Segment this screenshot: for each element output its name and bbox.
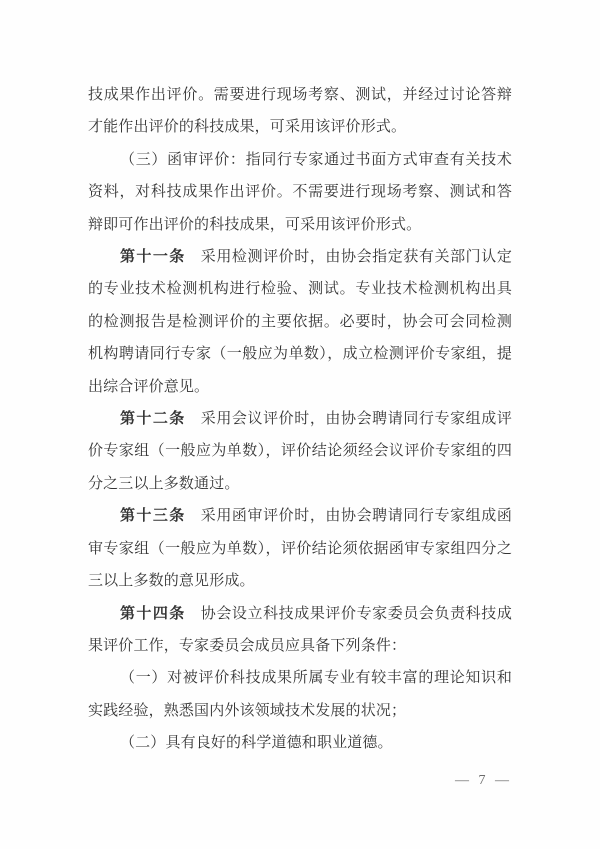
paragraph-article-11: 第十一条采用检测评价时，由协会指定获有关部门认定的专业技术检测机构进行检验、测试… (88, 241, 512, 403)
paragraph-article-13: 第十三条采用函审评价时，由协会聘请同行专家组成函审专家组（一般应为单数），评价结… (88, 500, 512, 597)
paragraph-text: （二）具有良好的科学道德和职业道德。 (120, 735, 393, 751)
article-14-label: 第十四条 (120, 606, 186, 622)
paragraph-item-2: （二）具有良好的科学道德和职业道德。 (88, 727, 512, 759)
paragraph-article-12: 第十二条采用会议评价时，由协会聘请同行专家组成评价专家组（一般应为单数），评价结… (88, 403, 512, 500)
paragraph-text: 采用检测评价时，由协会指定获有关部门认定的专业技术检测机构进行检验、测试。专业技… (88, 249, 512, 395)
paragraph-continuation: 技成果作出评价。需要进行现场考察、测试，并经过讨论答辩才能作出评价的科技成果，可… (88, 79, 512, 144)
page-number: — 7 — (455, 772, 512, 790)
article-11-label: 第十一条 (120, 249, 186, 265)
document-page: 技成果作出评价。需要进行现场考察、测试，并经过讨论答辩才能作出评价的科技成果，可… (0, 0, 600, 849)
article-12-label: 第十二条 (120, 411, 186, 427)
paragraph-article-14: 第十四条协会设立科技成果评价专家委员会负责科技成果评价工作，专家委员会成员应具备… (88, 598, 512, 663)
document-body: 技成果作出评价。需要进行现场考察、测试，并经过讨论答辩才能作出评价的科技成果，可… (88, 79, 512, 760)
paragraph-text: （三）函审评价：指同行专家通过书面方式审查有关技术资料，对科技成果作出评价。不需… (88, 152, 512, 233)
paragraph-item-1: （一）对被评价科技成果所属专业有较丰富的理论知识和实践经验，熟悉国内外该领域技术… (88, 662, 512, 727)
paragraph-item-3: （三）函审评价：指同行专家通过书面方式审查有关技术资料，对科技成果作出评价。不需… (88, 144, 512, 241)
paragraph-text: （一）对被评价科技成果所属专业有较丰富的理论知识和实践经验，熟悉国内外该领域技术… (88, 670, 512, 718)
article-13-label: 第十三条 (120, 508, 186, 524)
paragraph-text: 技成果作出评价。需要进行现场考察、测试，并经过讨论答辩才能作出评价的科技成果，可… (88, 87, 512, 135)
